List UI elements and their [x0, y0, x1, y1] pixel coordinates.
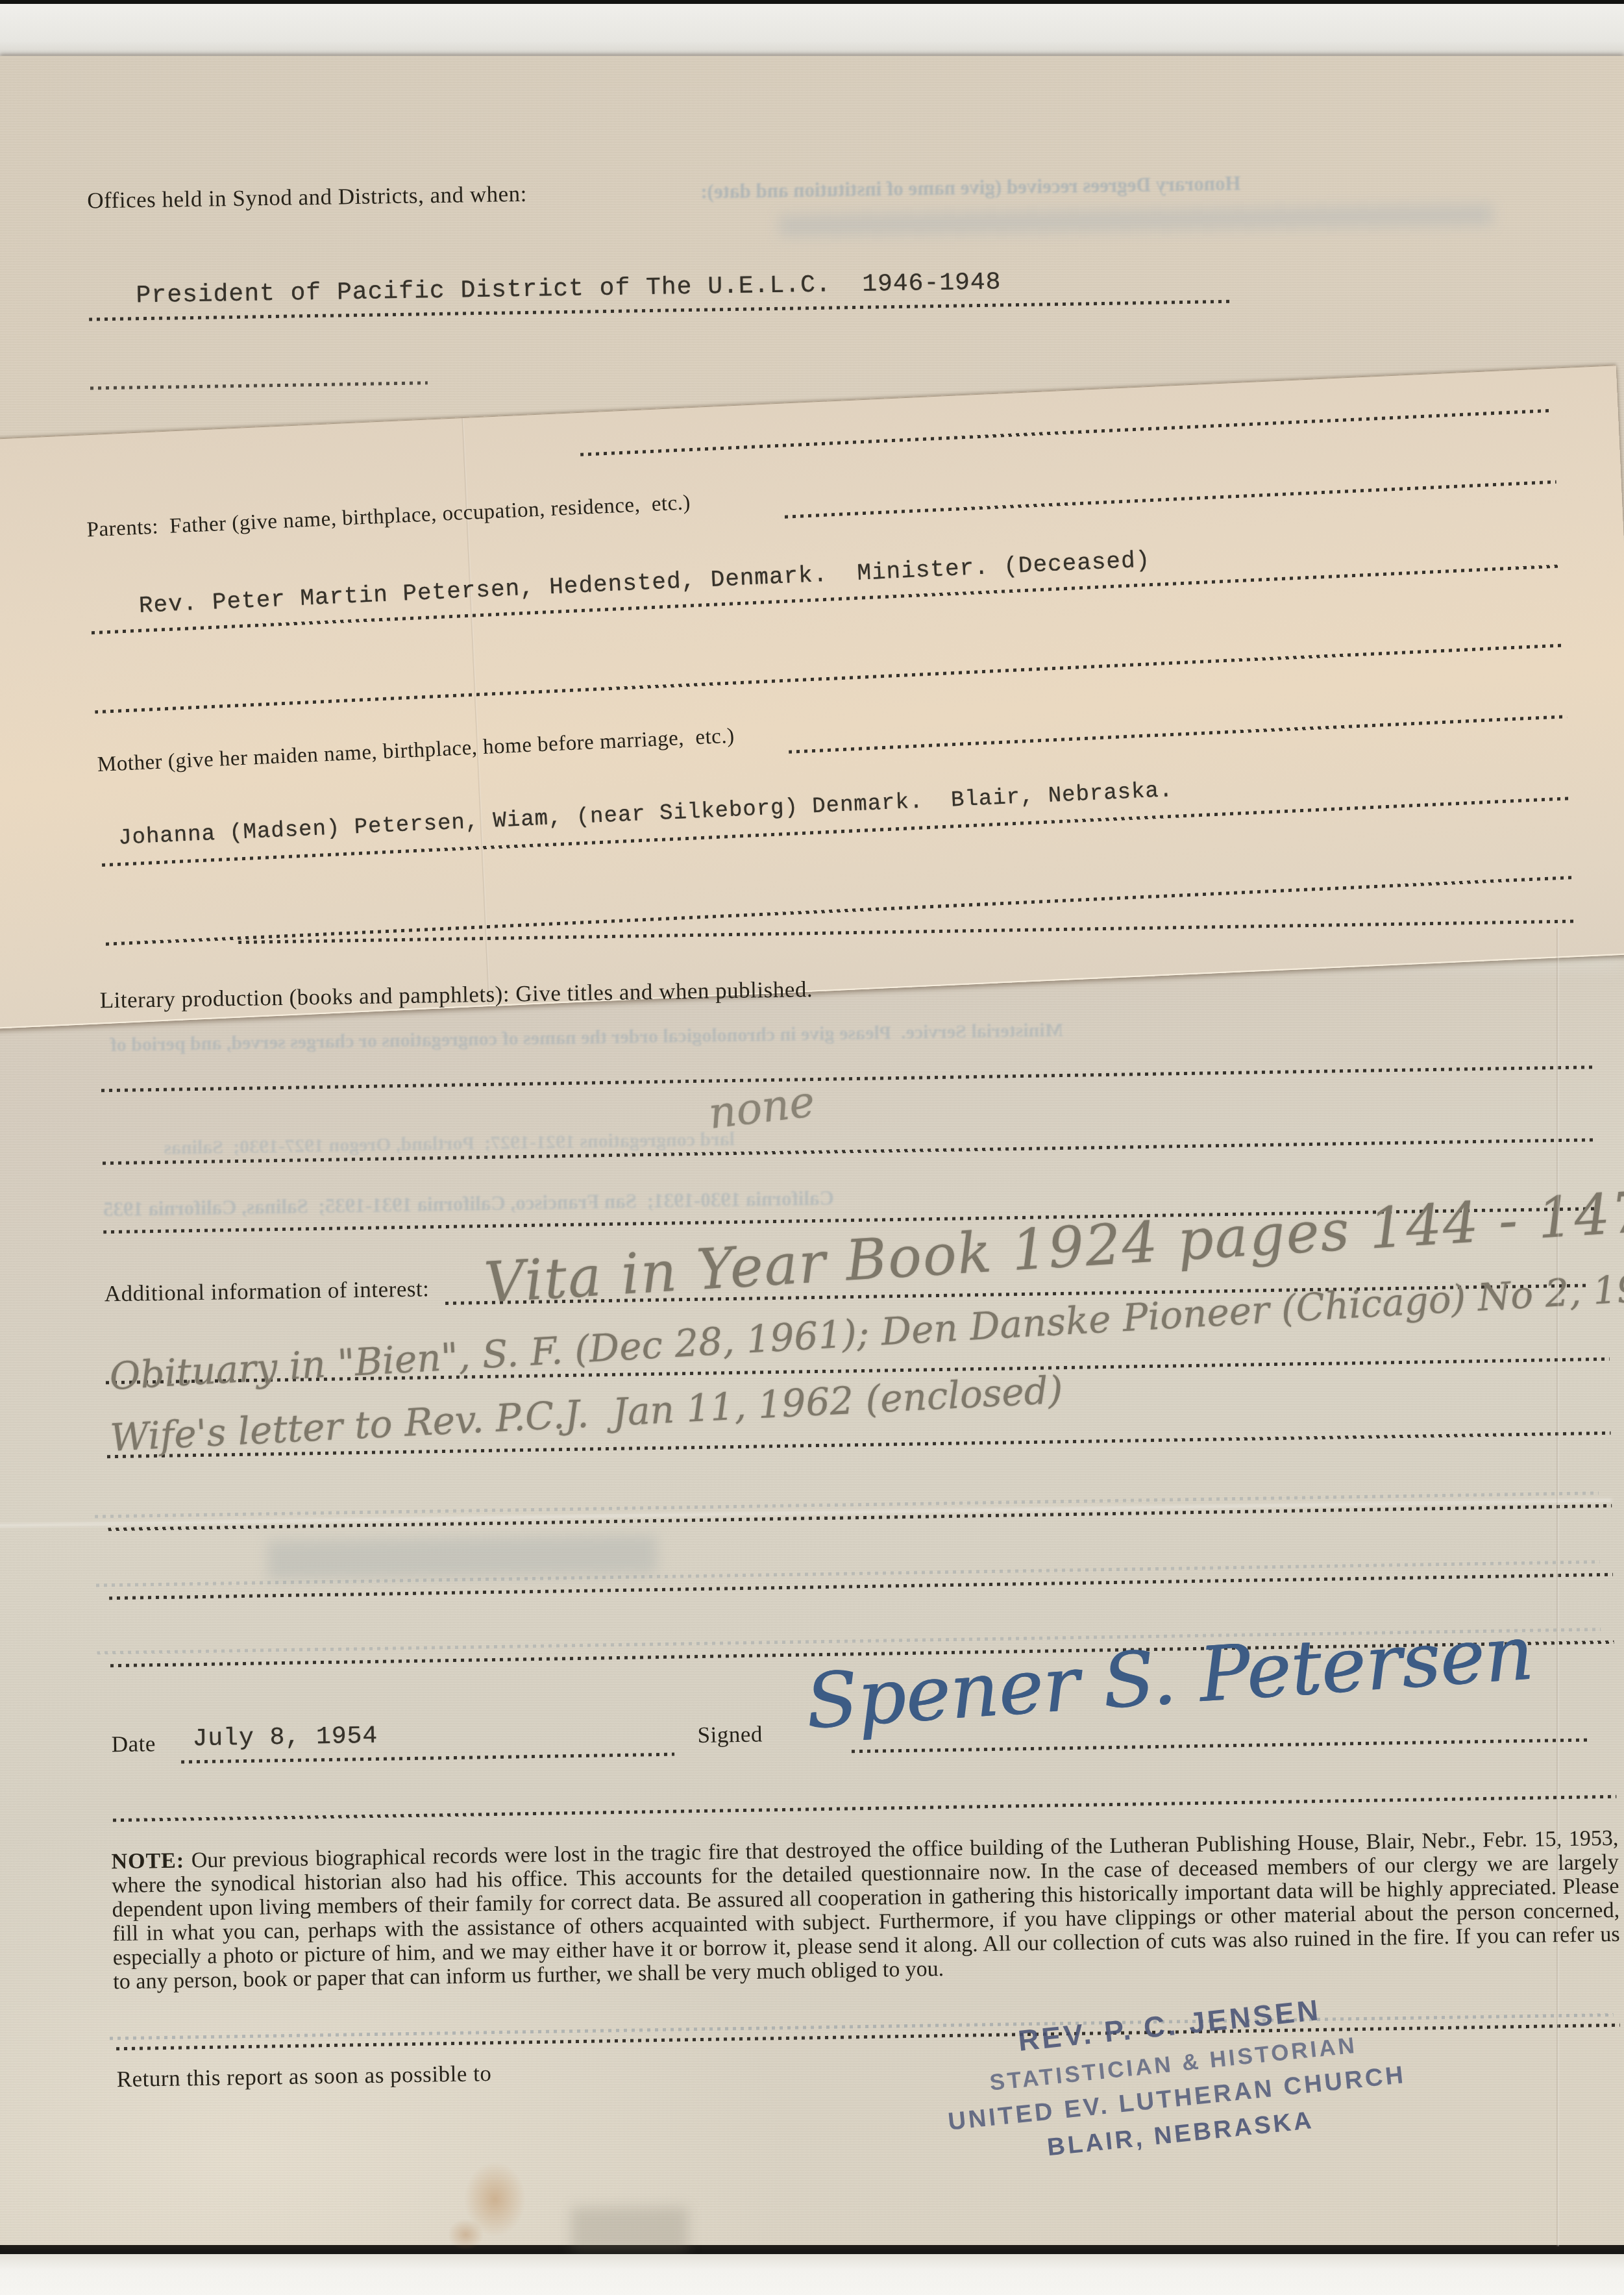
- dotted-line: [852, 1738, 1592, 1753]
- signed-label: Signed: [697, 1721, 763, 1748]
- bleed-through-congregations-2: California 1930-1931; San Francisco, Cal…: [103, 1187, 834, 1222]
- dotted-line: [90, 381, 428, 390]
- backing-sheet-bottom-edge: [0, 2254, 1624, 2295]
- rubber-stamp: REV. P. C. JENSEN STATISTICIAN & HISTORI…: [896, 1981, 1453, 2176]
- dotted-line: [789, 715, 1567, 753]
- dotted-line: [785, 480, 1556, 519]
- date-label: Date: [111, 1731, 156, 1757]
- signature-handwritten: Spener S. Petersen: [803, 1609, 1536, 1746]
- embossed-bleed-smudge: [267, 1535, 658, 1580]
- return-instruction: Return this report as soon as possible t…: [116, 2061, 491, 2092]
- mother-label: Mother (give her maiden name, birthplace…: [97, 725, 735, 778]
- dotted-line: [580, 409, 1553, 456]
- bleed-through-honorary-degrees: Honorary Degrees received (give name of …: [700, 172, 1241, 204]
- pasted-slip: Parents: Father (give name, birthplace, …: [0, 365, 1624, 1030]
- note-paragraph: NOTE: Our previous biographical records …: [111, 1826, 1620, 1994]
- smudge: [571, 2207, 688, 2253]
- dotted-line: [108, 1504, 1612, 1531]
- form-content: Offices held in Synod and Districts, and…: [0, 0, 1624, 2295]
- bleed-through-smudge: [779, 203, 1493, 236]
- offices-held-answer: President of Pacific District of The U.E…: [136, 268, 1002, 310]
- scanned-questionnaire-page: Offices held in Synod and Districts, and…: [0, 0, 1624, 2295]
- additional-info-label: Additional information of interest:: [104, 1276, 429, 1307]
- dotted-line: [112, 1795, 1616, 1822]
- offices-held-label: Offices held in Synod and Districts, and…: [87, 181, 527, 214]
- dotted-line: [181, 1753, 674, 1764]
- dotted-line: [106, 876, 1575, 946]
- note-prefix: NOTE:: [111, 1848, 184, 1874]
- dotted-line: [95, 643, 1564, 713]
- stain: [448, 2219, 484, 2250]
- dotted-line: [101, 1065, 1594, 1092]
- vertical-crease: [1556, 928, 1559, 2246]
- note-body: Our previous biographical records were l…: [112, 1826, 1620, 1994]
- date-value: July 8, 1954: [192, 1722, 378, 1753]
- bleed-through-ministerial: Ministerial Service. Please give in chro…: [110, 1019, 1064, 1056]
- parents-father-label: Parents: Father (give name, birthplace, …: [86, 491, 691, 542]
